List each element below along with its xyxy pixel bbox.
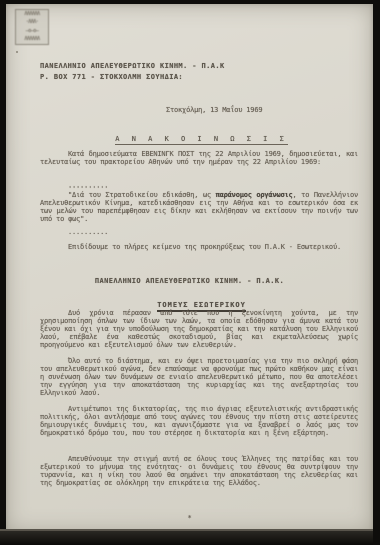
dateline: Στοκχόλμη, 13 Μαΐου 1969 <box>166 106 262 114</box>
scan-right-edge <box>373 0 380 545</box>
quote-pre: "Διά του Στρατοδικείου εδικάσθη, ως <box>68 191 216 199</box>
document-title: Α Ν Α Κ Ο Ι Ν Ω Σ Ι Σ <box>115 135 288 145</box>
body-paragraph-3: Αντιμέτωποι της δικτατορίας, της πιο άγρ… <box>40 405 358 437</box>
paragraph-attachment-note: Επιδίδουμε το πλήρες κείμενο της προκηρύ… <box>40 243 358 251</box>
scan-bottom-band <box>0 531 380 545</box>
body-paragraph-1: Δυό χρόνια πέρασαν από τότε που η ξενοκί… <box>40 309 358 349</box>
letterhead-line-2: P. BOX 771 - ΣΤΟΚΧΟΛΜΗ ΣΟΥΗΔΙΑ: <box>40 73 183 81</box>
body-paragraph-4: Απευθύνουμε την στιγμή αυτή σε όλους του… <box>40 455 358 487</box>
paragraph-quote: "Διά του Στρατοδικείου εδικάσθη, ως παρά… <box>40 191 358 223</box>
body-paragraph-2: Όλο αυτό το διάστημα, και εν όψει προετο… <box>40 357 358 397</box>
ellipsis-row: .......... <box>68 228 108 236</box>
footer-asterisk: * <box>6 514 373 522</box>
quote-bold-phrase: παράνομος οργάνωσις <box>216 191 293 199</box>
stamp-row: ΛΛΛΛΛΛ <box>24 12 39 17</box>
paragraph-intro: Κατά δημοσιεύματα ΕΒΕΝΙΝΓΚ ΠΟΣΤ της 22 Α… <box>40 150 358 166</box>
section-heading-organization: ΠΑΝΕΛΛΗΝΙΟ ΑΠΕΛΕΥΘΕΡΩΤΙΚΟ ΚΙΝΗΜ. - Π.Α.Κ… <box>6 277 373 285</box>
stamp-row: ΛΛΛΛΛΛ <box>24 37 39 42</box>
paper-page: ΛΛΛΛΛΛ ·ΛΛΛ· —ο—ο— ΛΛΛΛΛΛ ΠΑΝΕΛΛΗΝΙΟ ΑΠΕ… <box>6 4 373 533</box>
stamp-row: —ο—ο— <box>26 29 39 34</box>
letterhead-line-1: ΠΑΝΕΛΛΗΝΙΟ ΑΠΕΛΕΥΘΕΡΩΤΙΚΟ ΚΙΝΗΜ. - Π.Α.Κ <box>40 62 225 70</box>
archive-stamp: ΛΛΛΛΛΛ ·ΛΛΛ· —ο—ο— ΛΛΛΛΛΛ <box>15 9 49 45</box>
paper-speck <box>16 51 18 53</box>
scanned-document: ΛΛΛΛΛΛ ·ΛΛΛ· —ο—ο— ΛΛΛΛΛΛ ΠΑΝΕΛΛΗΝΙΟ ΑΠΕ… <box>0 0 380 545</box>
stamp-row: ·ΛΛΛ· <box>26 20 39 25</box>
